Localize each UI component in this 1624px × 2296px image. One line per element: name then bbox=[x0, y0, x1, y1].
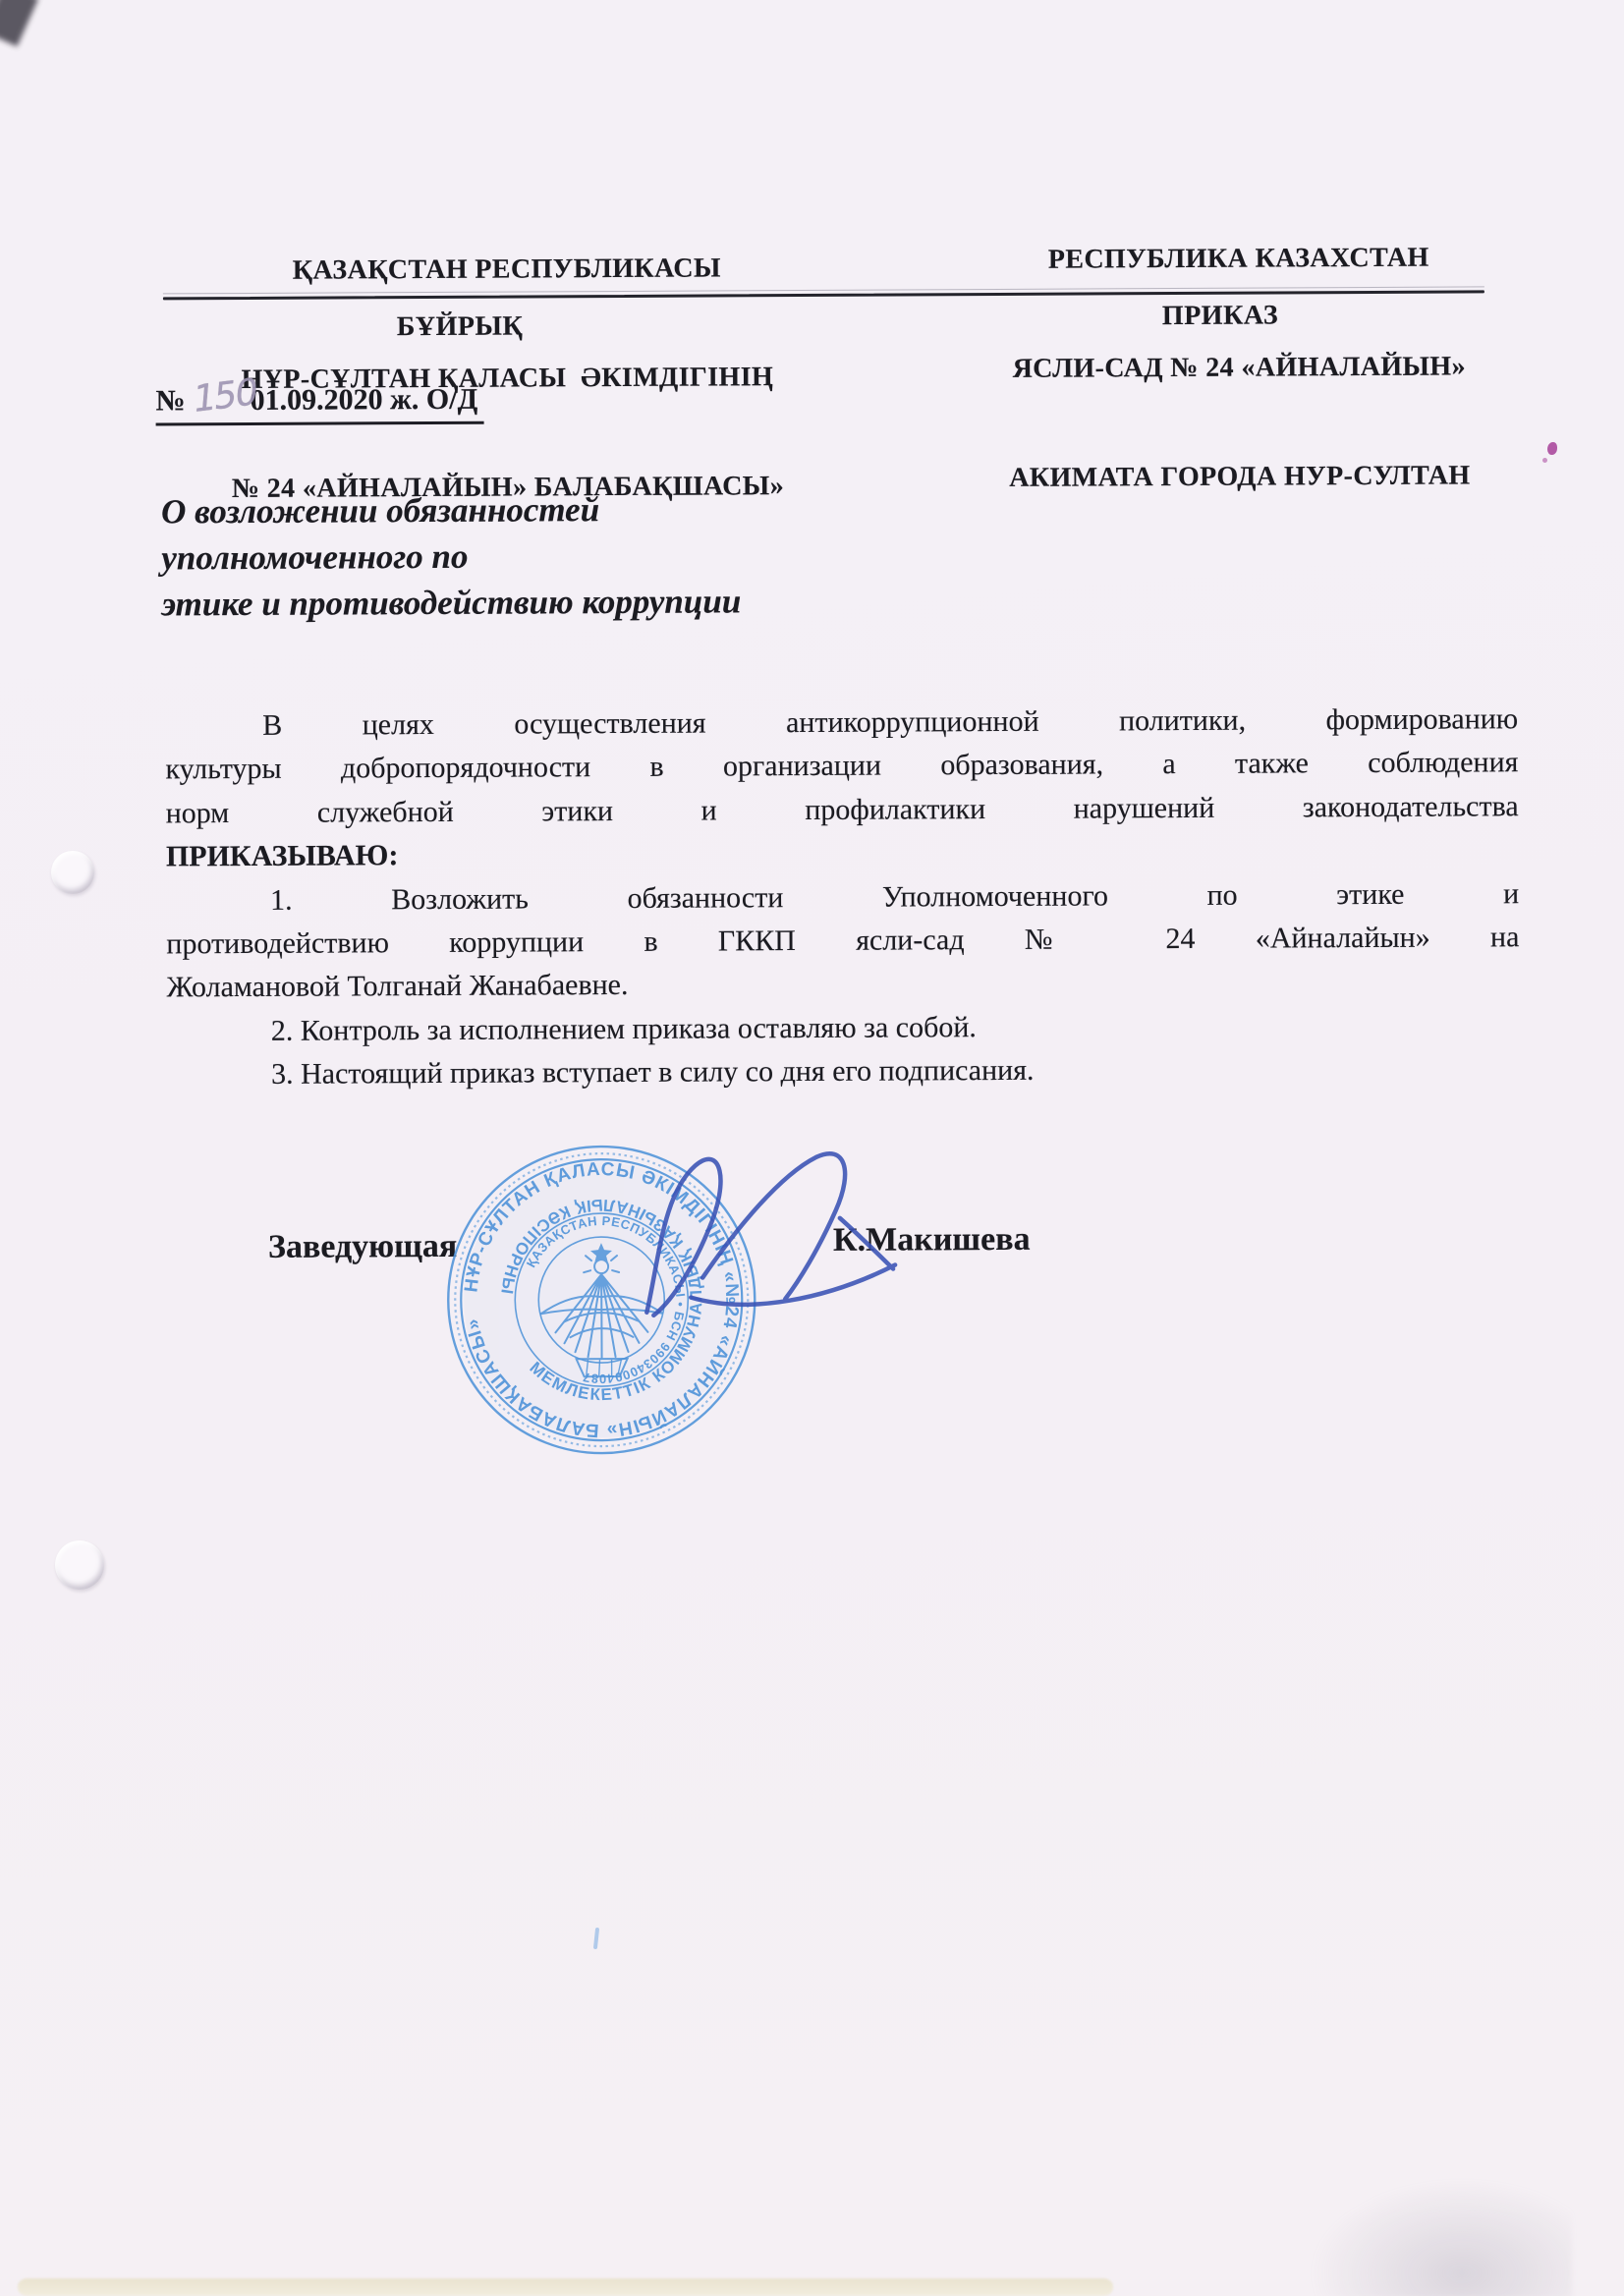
ink-speck-small bbox=[1542, 458, 1547, 463]
order-item-1-line: 1. Возложить обязанности Уполномоченного… bbox=[166, 872, 1519, 924]
letterhead-russian-line2: ЯСЛИ-САД № 24 «АЙНАЛАЙЫН» bbox=[910, 348, 1568, 388]
paragraph-line: В целях осуществления антикоррупционной … bbox=[165, 698, 1518, 749]
scan-corner-shadow bbox=[1297, 2171, 1572, 2296]
document-page: ҚАЗАҚСТАН РЕСПУБЛИКАСЫ НҰР-СҰЛТАН ҚАЛАСЫ… bbox=[0, 0, 1624, 2296]
letterhead-russian-line1: РЕСПУБЛИКА КАЗАХСТАН bbox=[910, 239, 1568, 279]
order-item-2: 2. Контроль за исполнением приказа остав… bbox=[167, 1003, 1520, 1054]
document-body: В целях осуществления антикоррупционной … bbox=[165, 698, 1520, 1097]
title-line1: О возложении обязанностей bbox=[161, 485, 741, 534]
document-title: О возложении обязанностей уполномоченног… bbox=[161, 485, 741, 627]
number-sign: № bbox=[155, 384, 185, 417]
order-number-line: №01.09.2020 ж. О/Д 150 bbox=[155, 383, 483, 426]
title-line2: уполномоченного по bbox=[161, 532, 741, 581]
resolve-word: ПРИКАЗЫВАЮ: bbox=[166, 828, 1519, 879]
order-date: 01.09.2020 ж. О/Д bbox=[251, 383, 478, 417]
hole-punch-bottom bbox=[55, 1540, 104, 1590]
order-word-russian: ПРИКАЗ bbox=[1112, 300, 1328, 332]
order-item-1-line: Жоламановой Толганай Жанабаевне. bbox=[166, 960, 1519, 1011]
paragraph-line: культуры добропорядочности в организации… bbox=[165, 742, 1518, 793]
scanned-content: ҚАЗАҚСТАН РЕСПУБЛИКАСЫ НҰР-СҰЛТАН ҚАЛАСЫ… bbox=[0, 0, 1624, 2296]
scan-paper-edge bbox=[18, 2278, 1113, 2296]
paragraph-line: норм служебной этики и профилактики нару… bbox=[166, 785, 1519, 836]
handwritten-order-number: 150 bbox=[192, 370, 258, 421]
letterhead-kazakh-line1: ҚАЗАҚСТАН РЕСПУБЛИКАСЫ bbox=[163, 250, 851, 290]
order-item-1-line: противодействию коррупции в ГККП ясли-са… bbox=[166, 916, 1519, 967]
hole-punch-top bbox=[51, 851, 94, 894]
title-line3: этике и противодействию коррупции bbox=[161, 578, 741, 627]
signature-scribble bbox=[532, 1119, 946, 1347]
order-word-kazakh: БҰЙРЫҚ bbox=[352, 310, 568, 343]
order-item-3: 3. Настоящий приказ вступает в силу со д… bbox=[167, 1046, 1520, 1097]
letterhead-russian-line3: АКИМАТА ГОРОДА НУР-СУЛТАН bbox=[911, 457, 1569, 497]
letterhead-russian: РЕСПУБЛИКА КАЗАХСТАН ЯСЛИ-САД № 24 «АЙНА… bbox=[909, 166, 1569, 570]
